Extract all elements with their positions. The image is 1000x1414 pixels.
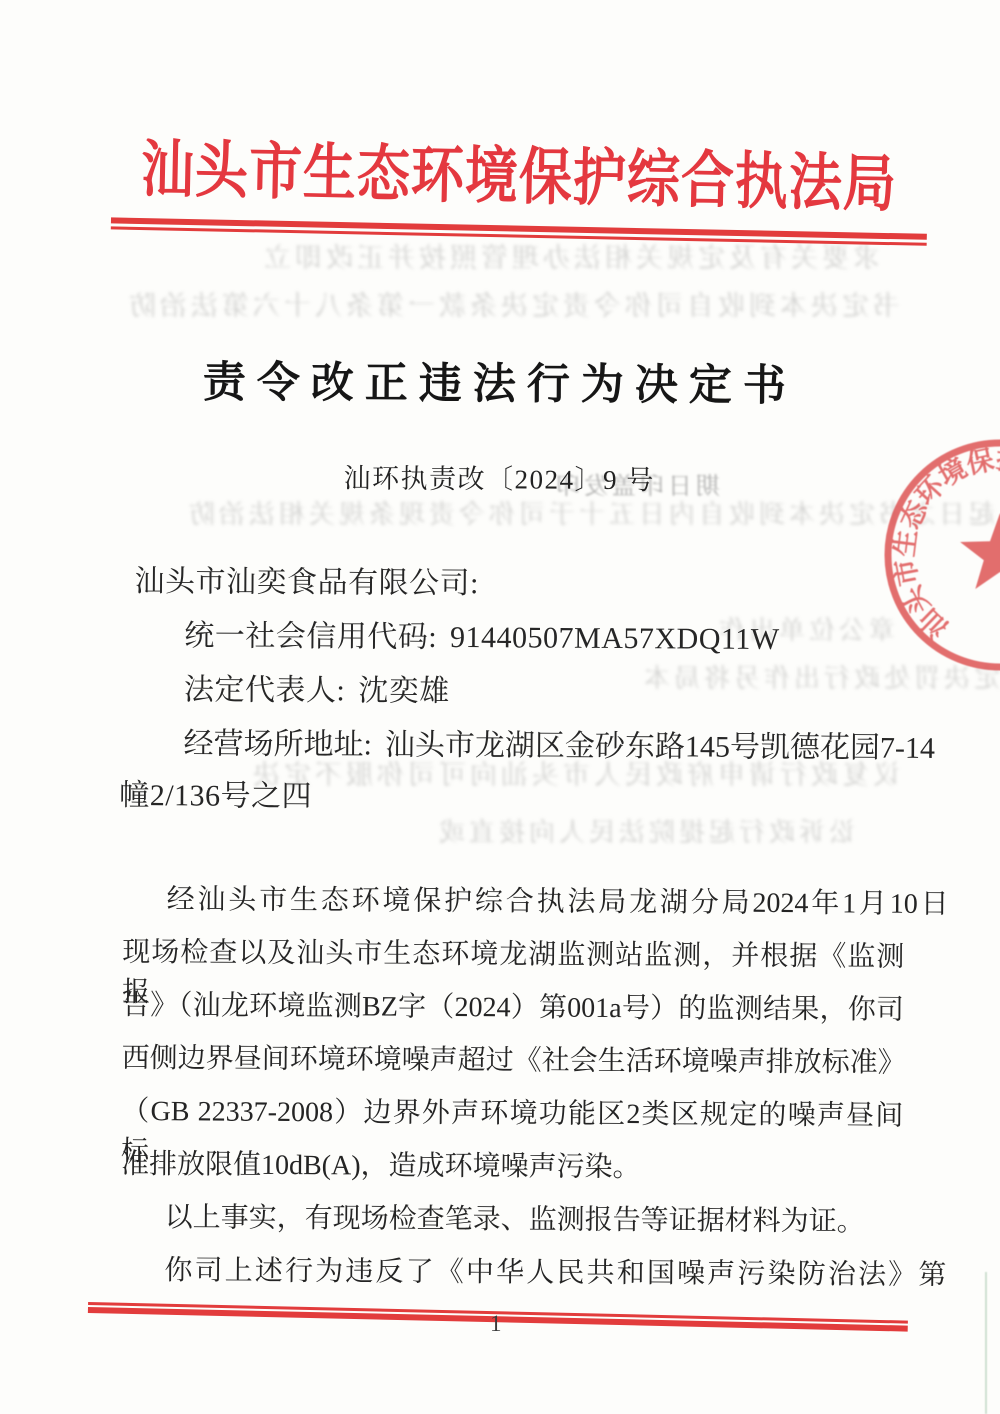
document-number: 汕环执责改〔2024〕9 号 [0,454,999,499]
credit-code-row: 统一社会信用代码:91440507MA57XDQ11W [184,610,780,658]
address-value: 汕头市龙湖区金砂东路145号凯德花园7-14 [385,729,935,765]
body-line: 经汕头市生态环境保护综合执法局龙湖分局2024年1月10日 [123,877,949,922]
document-title: 责令改正违法行为决定书 [0,347,1000,414]
credit-code-value: 91440507MA57XDQ11W [450,621,780,656]
document-page: 求要关有及定规关相法办理管照按并正改即立 书定决本到收自司你令责定决条款一第条八… [0,0,1000,1414]
violation-statement: 你司上述行为违反了《中华人民共和国噪声污染防治法》第 [120,1248,946,1293]
fact-statement: 以上事实，有现场检查笔录、监测报告等证据材料为证。 [121,1195,947,1240]
legal-rep-value: 沈奕雄 [358,674,450,708]
body-line: 准排放限值10dB(A)，造成环境噪声污染。 [121,1142,903,1187]
legal-rep-label: 法定代表人: [184,673,346,707]
address-continued: 幢2/136号之四 [119,770,312,815]
body-line: 告》（汕龙环境监测BZ字（2024）第001a号）的监测结果，你司 [122,983,904,1028]
body-line: 西侧边界昼间环境环境噪声超过《社会生活环境噪声排放标准》 [122,1036,904,1081]
recipient-name: 汕头市汕奕食品有限公司: [134,556,479,602]
legal-rep-row: 法定代表人:沈奕雄 [184,664,450,710]
page-number: 1 [490,1311,502,1337]
address-row: 经营场所地址:汕头市龙湖区金砂东路145号凯德花园7-14 [183,718,935,767]
document-body: 责令改正违法行为决定书 汕环执责改〔2024〕9 号 汕头市汕奕食品有限公司: … [0,0,1000,1414]
scan-edge-artifact [985,1272,987,1414]
address-label: 经营场所地址: [183,727,372,761]
credit-code-label: 统一社会信用代码: [184,619,437,654]
